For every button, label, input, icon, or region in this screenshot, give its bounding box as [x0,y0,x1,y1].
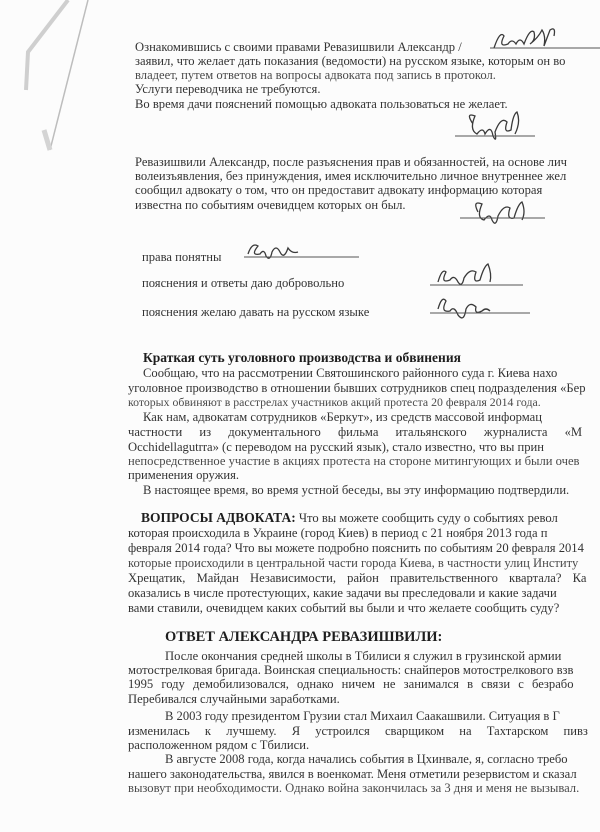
summary-p2-line-1: Как нам, адвокатам сотрудников «Беркут»,… [143,410,542,424]
signature-1 [490,26,600,52]
confirmation-rights-understood: права понятны [142,250,221,264]
intro-line-5: Во время дачи пояснений помощью адвоката… [135,97,508,111]
summary-p1-line-3: которых обвиняют в расстрелах участников… [128,395,541,409]
answer-p3-line-3: вызовут при необходимости. Однако война … [128,781,579,795]
questions-line-4: которые происходили в центральной части … [128,556,578,570]
questions-line-6: оказались в числе протестующих, какие за… [128,586,557,600]
paper-crease-shadow [10,0,90,160]
answer-p2-line-3: расположенном рядом с Тбилиси. [128,738,309,752]
answer-p1-line-1: После окончания средней школы в Тбилиси … [165,649,561,663]
answer-heading: ОТВЕТ АЛЕКСАНДРА РЕВАЗИШВИЛИ: [165,630,442,644]
answer-p3-line-1: В августе 2008 года, когда начались собы… [165,752,568,766]
intro-line-4: Услуги переводчика не требуются. [135,82,320,96]
summary-p1-line-1: Сообщаю, что на рассмотрении Святошинско… [143,366,557,380]
summary-p2-line-3: Occhidellagutrra» (с переводом на русски… [128,440,544,454]
scanned-document-page: Ознакомившись с своими правами Ревазишви… [0,0,600,832]
questions-line-2: которая происходила в Украине (город Кие… [128,526,547,540]
summary-p2-line-4: непосредственное участие в акциях протес… [128,454,579,468]
intro-line-2: заявил, что желает дать показания (ведом… [135,54,565,68]
confirmation-voluntary: пояснения и ответы даю добровольно [142,276,344,290]
signature-rights-understood [244,240,364,266]
answer-p1-line-4: Перебивался случайными заработками. [128,692,340,706]
confirmation-russian-language: пояснения желаю давать на русском языке [142,305,369,319]
questions-line-5: Хрещатик, Майдан Независимости, район пр… [128,571,586,585]
questions-line-3: февраля 2014 года? Что вы можете подробн… [128,541,584,555]
questions-label: ВОПРОСЫ АДВОКАТА: [141,510,296,525]
summary-heading: Краткая суть уголовного производства и о… [143,351,461,365]
questions-line-1: ВОПРОСЫ АДВОКАТА: Что вы можете сообщить… [141,511,558,525]
signature-voluntary [430,262,530,290]
statement-line-4: известна по событиям очевидцем которых о… [135,198,406,212]
intro-line-1: Ознакомившись с своими правами Ревазишви… [135,40,462,54]
statement-line-2: волеизъявления, без принуждения, имея ис… [135,169,566,183]
answer-p1-line-2: мотострелковая бригада. Воинская специал… [128,663,573,677]
signature-3 [460,196,550,236]
answer-p2-line-1: В 2003 году президентом Грузии стал Миха… [165,709,560,723]
summary-p2-line-5: применения оружия. [128,468,239,482]
answer-p3-line-2: нашего законодательства, явился в военко… [128,767,577,781]
signature-2 [455,110,545,148]
statement-line-3: сообщил адвокату о том, что он предостав… [135,183,542,197]
statement-line-1: Ревазишвили Александр, после разъяснения… [135,155,567,169]
summary-p2-line-2: частности из документального фильма итал… [128,425,582,439]
questions-line-7: вами ставили, очевидцем каких событий вы… [128,601,559,615]
answer-p1-line-3: 1995 году демобилизовался, однако ничем … [128,677,574,691]
summary-p3-line-1: В настоящее время, во время устной бесед… [143,483,569,497]
summary-p1-line-2: уголовное производство в отношении бывши… [128,381,586,395]
answer-p2-line-2: изменилась к лучшему. Я устроился сварщи… [128,724,588,738]
intro-line-3: владеет, путем ответов на вопросы адвока… [135,68,496,82]
signature-russian-language [430,293,530,323]
questions-text-1: Что вы можете сообщить суду о событиях р… [299,511,558,525]
